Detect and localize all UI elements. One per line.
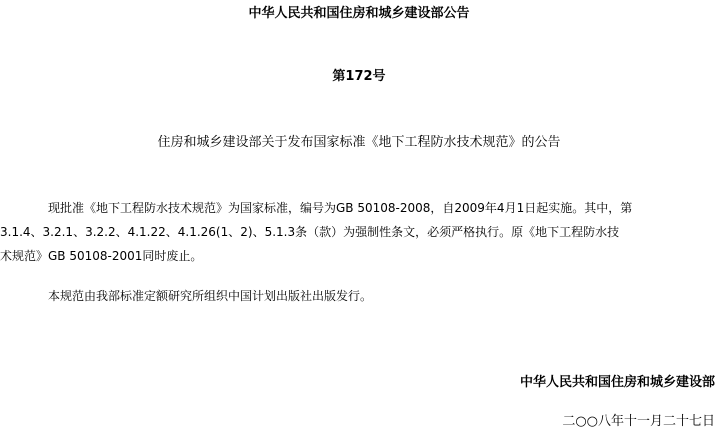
issue-date: 二○○八年十一月二十七日 — [562, 412, 715, 432]
announcement-title: 中华人民共和国住房和城乡建设部公告 — [0, 4, 718, 24]
issuing-authority: 中华人民共和国住房和城乡建设部 — [520, 373, 715, 393]
body-paragraph-2: 本规范由我部标准定额研究所组织中国计划出版社出版发行。 — [0, 286, 372, 306]
body-paragraph-1: 现批准《地下工程防水技术规范》为国家标准，编号为GB 50108-2008，自2… — [0, 196, 718, 268]
body-paragraph-1-line-3: 术规范》GB 50108-2001同时废止。 — [0, 244, 718, 268]
body-paragraph-1-line-2: 3.1.4、3.2.1、3.2.2、4.1.22、4.1.26(1、2)、5.1… — [0, 220, 718, 244]
announcement-number: 第172号 — [0, 67, 718, 87]
announcement-subject: 住房和城乡建设部关于发布国家标准《地下工程防水技术规范》的公告 — [0, 133, 718, 153]
body-paragraph-1-line-1: 现批准《地下工程防水技术规范》为国家标准，编号为GB 50108-2008，自2… — [0, 196, 718, 220]
